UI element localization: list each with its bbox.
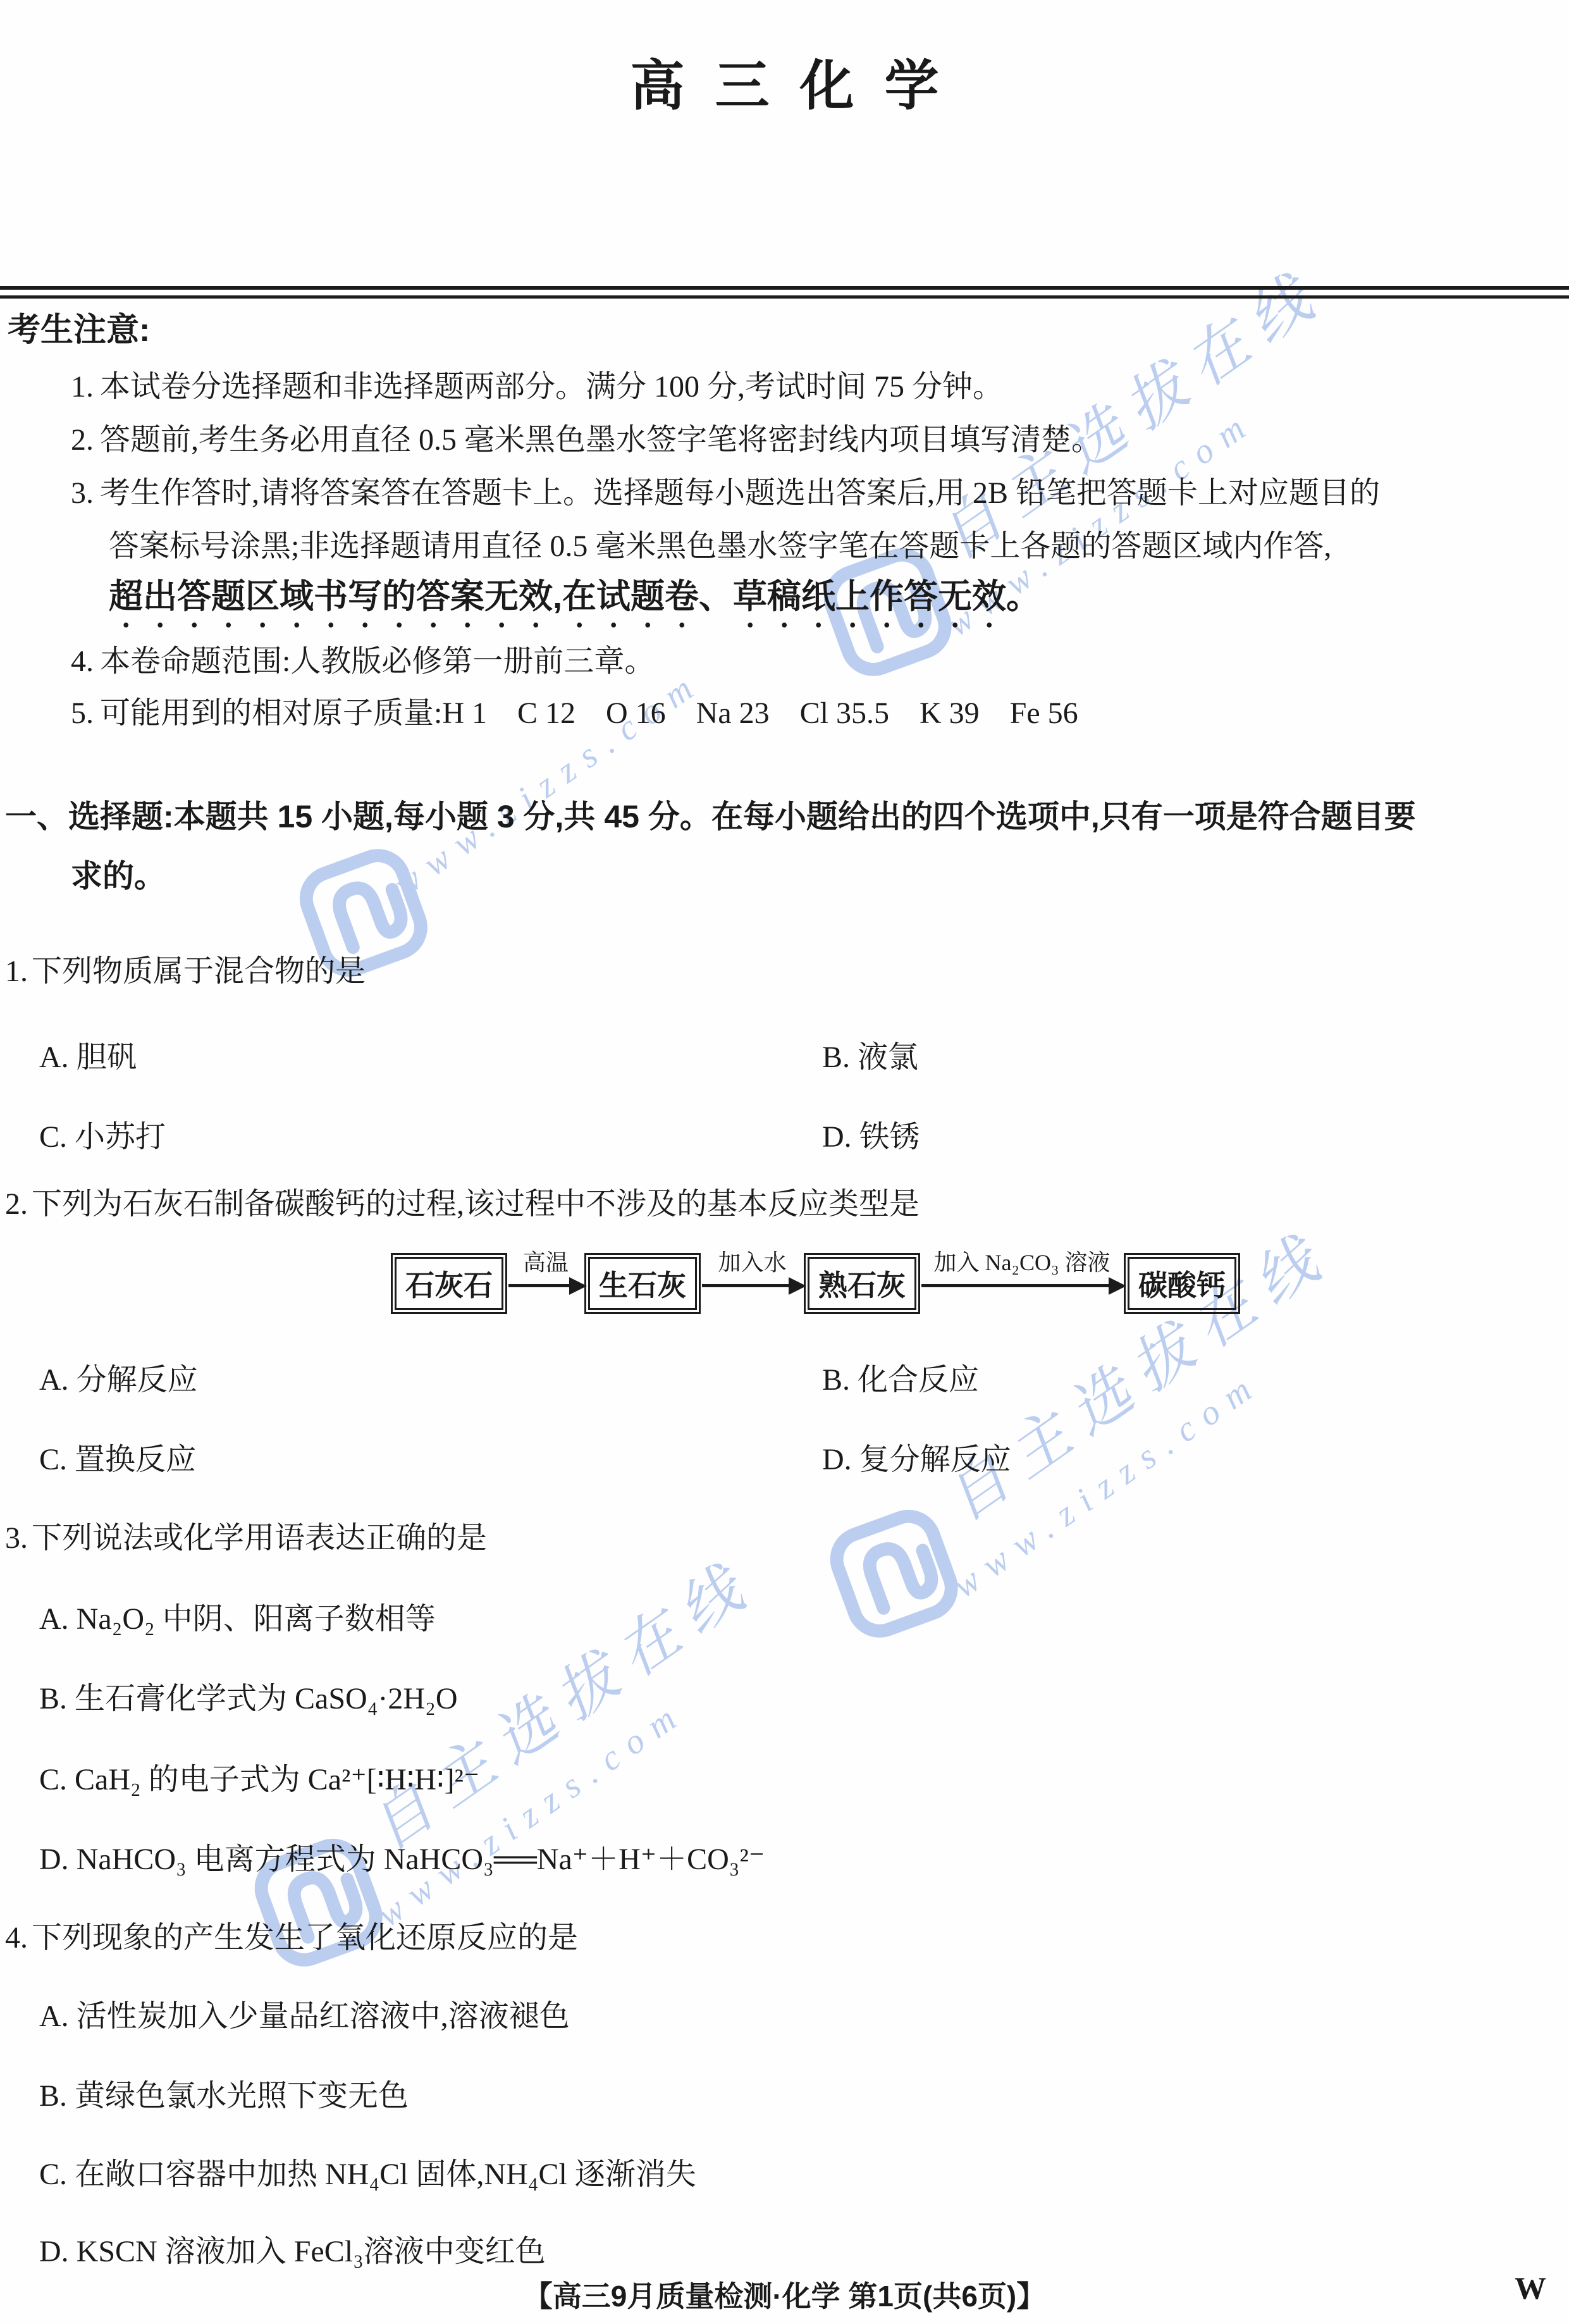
option-text: 液氯 — [858, 1041, 918, 1074]
option-label: A. — [39, 1999, 69, 2035]
notice-heading: 考生注意: — [8, 311, 150, 350]
notice-item-text: 本卷命题范围:人教版必修第一册前三章。 — [100, 645, 655, 678]
notice-item-number: 3. — [71, 476, 94, 512]
zizzs-logo-icon — [817, 1497, 971, 1651]
limestone-flow-diagram: 石灰石 高温 生石灰 加入水 熟石灰 加入 Na₂CO₃ 溶液 碳酸钙 — [391, 1244, 1240, 1323]
notice-item-continuation: 答案标号涂黑;非选择题请用直径 0.5 毫米黑色墨水签字笔在答题卡上各题的答题区… — [109, 529, 1331, 565]
option-text: 铁锈 — [859, 1120, 920, 1154]
option: C.CaH₂ 的电子式为 Ca²⁺[∶H∶H∶]²⁻ — [39, 1762, 479, 1798]
option: D.KSCN 溶液加入 FeCl₃溶液中变红色 — [39, 2234, 546, 2270]
option-label: A. — [39, 1363, 69, 1399]
notice-item-text: 答题前,考生务必用直径 0.5 毫米黑色墨水签字笔将密封线内项目填写清楚。 — [100, 423, 1102, 457]
option-text: 分解反应 — [77, 1363, 198, 1397]
option: A.分解反应 — [39, 1363, 198, 1399]
option: B.化合反应 — [822, 1363, 979, 1399]
option: B.黄绿色氯水光照下变无色 — [39, 2079, 409, 2115]
option-text: CaH₂ 的电子式为 Ca²⁺[∶H∶H∶]²⁻ — [75, 1763, 479, 1796]
option-label: D. — [822, 1120, 852, 1156]
question-stem: 4.下列现象的产生发生了氧化还原反应的是 — [5, 1920, 578, 1956]
notice-item-number: 5. — [71, 696, 94, 732]
flow-box: 碳酸钙 — [1124, 1253, 1240, 1314]
header-rule-bottom — [0, 295, 1569, 299]
flow-arrow-label: 加入水 — [718, 1245, 786, 1277]
notice-item-text: 可能用到的相对原子质量:H 1 C 12 O 16 Na 23 Cl 35.5 … — [100, 696, 1078, 730]
flow-arrow: 高温 — [507, 1244, 584, 1323]
flow-arrow: 加入水 — [701, 1244, 804, 1323]
notice-emphasis-line: 超出答题区域书写的答案无效,在试题卷、草稿纸上作答无效。 — [109, 577, 1040, 634]
arrow-head-icon — [1109, 1277, 1126, 1295]
option: B.生石膏化学式为 CaSO₄·2H₂O — [39, 1681, 457, 1717]
exam-title: 高三化学 — [0, 42, 1569, 120]
option-text: KSCN 溶液加入 FeCl₃溶液中变红色 — [77, 2235, 546, 2268]
option: C.置换反应 — [39, 1442, 196, 1478]
option-label: B. — [39, 2079, 67, 2115]
option-text: 生石膏化学式为 CaSO₄·2H₂O — [75, 1682, 457, 1715]
option-text: NaHCO₃ 电离方程式为 NaHCO₃══Na⁺＋H⁺＋CO₃²⁻ — [77, 1843, 765, 1876]
notice-item-number: 1. — [71, 369, 94, 405]
section-heading-line2: 求的。 — [71, 858, 166, 895]
option: A.胆矾 — [39, 1040, 137, 1076]
notice-item: 5.可能用到的相对原子质量:H 1 C 12 O 16 Na 23 Cl 35.… — [71, 696, 1078, 732]
option-label: D. — [39, 1842, 69, 1878]
option-text: 置换反应 — [75, 1443, 196, 1476]
option: A.活性炭加入少量品红溶液中,溶液褪色 — [39, 1999, 570, 2035]
notice-item: 1.本试卷分选择题和非选择题两部分。满分 100 分,考试时间 75 分钟。 — [71, 369, 1003, 405]
section-heading-line1: 一、选择题:本题共 15 小题,每小题 3 分,共 45 分。在每小题给出的四个… — [5, 798, 1416, 836]
question-stem-text: 下列现象的产生发生了氧化还原反应的是 — [32, 1921, 578, 1955]
option: D.铁锈 — [822, 1120, 920, 1156]
flow-arrow: 加入 Na₂CO₃ 溶液 — [920, 1244, 1124, 1323]
watermark-unit: 自主选拔在线 www.zizzs.com — [798, 246, 1369, 704]
header-rule-top — [0, 286, 1569, 290]
option: C.小苏打 — [39, 1120, 166, 1156]
flow-arrow-label: 加入 Na₂CO₃ 溶液 — [933, 1245, 1110, 1277]
flow-box: 熟石灰 — [804, 1253, 920, 1314]
notice-item: 2.答题前,考生务必用直径 0.5 毫米黑色墨水签字笔将密封线内项目填写清楚。 — [71, 423, 1102, 459]
question-stem-text: 下列为石灰石制备碳酸钙的过程,该过程中不涉及的基本反应类型是 — [32, 1187, 920, 1221]
flow-box: 石灰石 — [391, 1253, 507, 1314]
option-label: C. — [39, 1120, 67, 1156]
notice-item-text: 本试卷分选择题和非选择题两部分。满分 100 分,考试时间 75 分钟。 — [100, 370, 1003, 404]
option-text: 活性炭加入少量品红溶液中,溶液褪色 — [77, 2000, 570, 2033]
option-label: B. — [822, 1040, 850, 1076]
footer-corner-mark: W — [1515, 2270, 1546, 2306]
option-text: 胆矾 — [77, 1041, 137, 1074]
option-text: 黄绿色氯水光照下变无色 — [75, 2079, 409, 2113]
arrow-head-icon — [789, 1277, 806, 1295]
option-label: C. — [39, 1442, 67, 1478]
option: A.Na₂O₂ 中阴、阳离子数相等 — [39, 1602, 436, 1638]
question-number: 4. — [5, 1920, 28, 1956]
option-text: 复分解反应 — [859, 1443, 1011, 1476]
notice-item: 4.本卷命题范围:人教版必修第一册前三章。 — [71, 644, 655, 680]
page-footer: 【高三9月质量检测·化学 第1页(共6页)】 — [0, 2273, 1569, 2315]
flow-arrow-label: 高温 — [523, 1245, 569, 1277]
option-label: A. — [39, 1602, 69, 1638]
option-text: 在敞口容器中加热 NH₄Cl 固体,NH₄Cl 逐渐消失 — [75, 2158, 696, 2191]
option-label: A. — [39, 1040, 69, 1076]
question-number: 1. — [5, 954, 28, 990]
notice-item-text: 答案标号涂黑;非选择题请用直径 0.5 毫米黑色墨水签字笔在答题卡上各题的答题区… — [109, 529, 1331, 563]
option-text: 化合反应 — [858, 1363, 979, 1397]
flow-box: 生石灰 — [584, 1253, 701, 1314]
option-text: 小苏打 — [75, 1120, 166, 1154]
option-label: C. — [39, 2157, 67, 2193]
option-label: B. — [39, 1681, 67, 1717]
question-number: 3. — [5, 1521, 28, 1557]
exam-page: 自主选拔在线 www.zizzs.com www.zizzs.com 自主选拔在… — [0, 0, 1569, 2324]
notice-item-number: 4. — [71, 644, 94, 680]
option-label: B. — [822, 1363, 850, 1399]
option: D.NaHCO₃ 电离方程式为 NaHCO₃══Na⁺＋H⁺＋CO₃²⁻ — [39, 1842, 765, 1878]
notice-item-text: 考生作答时,请将答案答在答题卡上。选择题每小题选出答案后,用 2B 铅笔把答题卡… — [100, 476, 1380, 510]
option: D.复分解反应 — [822, 1442, 1011, 1478]
option: C.在敞口容器中加热 NH₄Cl 固体,NH₄Cl 逐渐消失 — [39, 2157, 696, 2193]
question-stem: 1.下列物质属于混合物的是 — [5, 954, 366, 990]
question-stem-text: 下列物质属于混合物的是 — [32, 955, 366, 988]
option-text: Na₂O₂ 中阴、阳离子数相等 — [77, 1602, 436, 1636]
arrow-shaft — [921, 1284, 1121, 1287]
notice-item-number: 2. — [71, 423, 94, 459]
question-stem-text: 下列说法或化学用语表达正确的是 — [32, 1521, 487, 1555]
question-number: 2. — [5, 1187, 28, 1223]
notice-emphasis-text: 超出答题区域书写的答案无效,在试题卷、草稿纸上作答无效。 — [109, 578, 1040, 615]
question-stem: 2.下列为石灰石制备碳酸钙的过程,该过程中不涉及的基本反应类型是 — [5, 1187, 920, 1223]
option-label: D. — [822, 1442, 852, 1478]
option-label: D. — [39, 2234, 69, 2270]
arrow-shaft — [702, 1284, 801, 1287]
arrow-head-icon — [569, 1277, 587, 1295]
question-stem: 3.下列说法或化学用语表达正确的是 — [5, 1521, 487, 1557]
option: B.液氯 — [822, 1040, 918, 1076]
notice-item: 3.考生作答时,请将答案答在答题卡上。选择题每小题选出答案后,用 2B 铅笔把答… — [71, 476, 1380, 512]
option-label: C. — [39, 1762, 67, 1798]
